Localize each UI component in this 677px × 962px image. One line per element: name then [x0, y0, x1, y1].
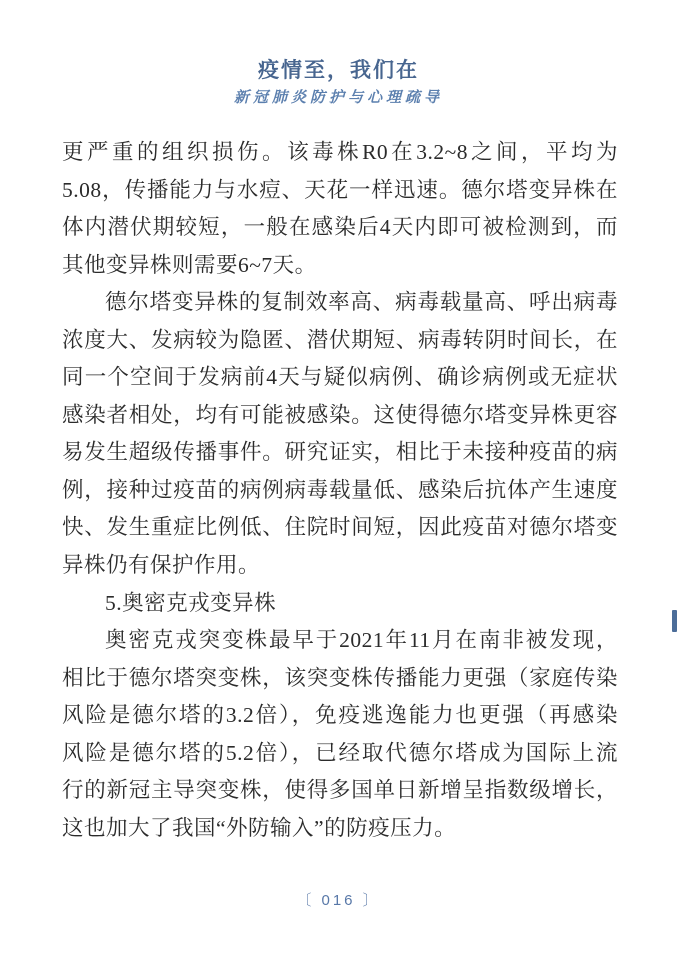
edge-highlight-mark [672, 610, 677, 632]
text-line: 异株仍有保护作用。 [62, 547, 618, 585]
text-line: 这也加大了我国“外防输入”的防疫压力。 [62, 810, 618, 848]
text-line: 感染者相处，均有可能被感染。这使得德尔塔变异株更容 [62, 397, 618, 435]
text-line: 体内潜伏期较短，一般在感染后4天内即可被检测到，而 [62, 209, 618, 247]
text-line: 风险是德尔塔的3.2倍），免疫逃逸能力也更强（再感染 [62, 697, 618, 735]
text-line: 5.08，传播能力与水痘、天花一样迅速。德尔塔变异株在 [62, 172, 618, 210]
text-line: 同一个空间于发病前4天与疑似病例、确诊病例或无症状 [62, 359, 618, 397]
text-line: 更严重的组织损伤。该毒株R0在3.2~8之间，平均为 [62, 134, 618, 172]
text-line: 例，接种过疫苗的病例病毒载量低、感染后抗体产生速度 [62, 472, 618, 510]
text-line: 浓度大、发病较为隐匿、潜伏期短、病毒转阴时间长，在 [62, 322, 618, 360]
text-line: 奥密克戎突变株最早于2021年11月在南非被发现， [62, 622, 618, 660]
text-line: 易发生超级传播事件。研究证实，相比于未接种疫苗的病 [62, 434, 618, 472]
text-line: 相比于德尔塔突变株，该突变株传播能力更强（家庭传染 [62, 660, 618, 698]
text-line: 5.奥密克戎变异株 [62, 585, 618, 623]
text-line: 风险是德尔塔的5.2倍），已经取代德尔塔成为国际上流 [62, 735, 618, 773]
book-title: 疫情至，我们在 [0, 54, 677, 84]
book-subtitle: 新冠肺炎防护与心理疏导 [0, 86, 677, 107]
text-line: 德尔塔变异株的复制效率高、病毒载量高、呼出病毒 [62, 284, 618, 322]
text-line: 其他变异株则需要6~7天。 [62, 247, 618, 285]
book-page: 疫情至，我们在 新冠肺炎防护与心理疏导 更严重的组织损伤。该毒株R0在3.2~8… [0, 0, 677, 962]
text-line: 行的新冠主导突变株，使得多国单日新增呈指数级增长， [62, 772, 618, 810]
text-line: 快、发生重症比例低、住院时间短，因此疫苗对德尔塔变 [62, 509, 618, 547]
page-number: 〔 016 〕 [0, 889, 677, 910]
body-text: 更严重的组织损伤。该毒株R0在3.2~8之间，平均为5.08，传播能力与水痘、天… [62, 134, 618, 847]
